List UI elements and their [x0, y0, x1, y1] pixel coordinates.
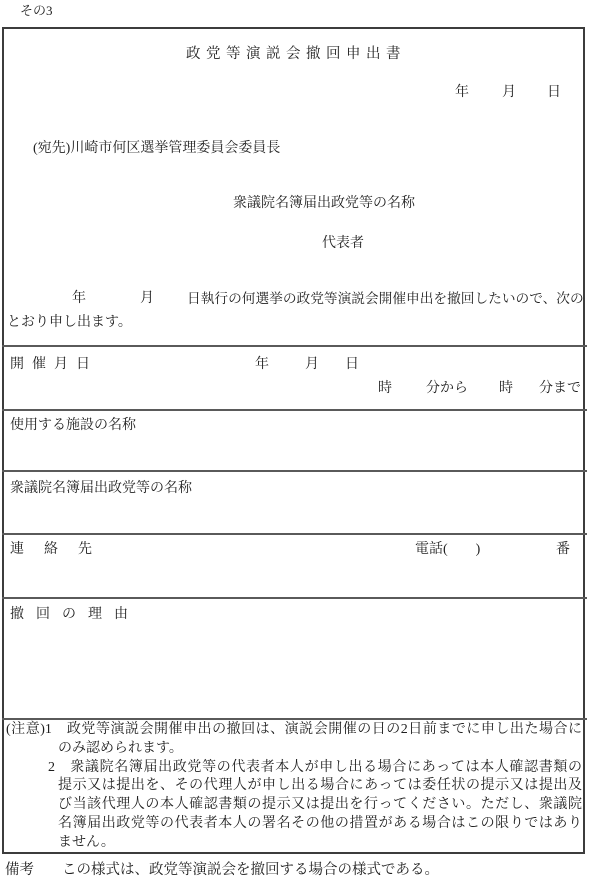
- party-name-heading: 衆議院名簿届出政党等の名称: [233, 196, 415, 213]
- row-label-reason: 撤回の理由: [10, 607, 140, 624]
- form-page: その3 政党等演説会撤回申出書 年 月 日 (宛先)川崎市何区選挙管理委員会委員…: [0, 0, 592, 884]
- footer-note: 備考 この様式は、政党等演説会を撤回する場合の様式である。: [5, 862, 439, 879]
- phone-unit-label: 番: [556, 542, 570, 559]
- note-line: 提示又は提出を、その代理人が申し出る場合にあっては委任状の提示又は提出及: [58, 778, 582, 797]
- addressee: (宛先)川崎市何区選挙管理委員会委員長: [33, 141, 280, 158]
- divider: [2, 470, 587, 472]
- row-label-party: 衆議院名簿届出政党等の名称: [10, 481, 192, 498]
- divider: [2, 409, 587, 411]
- minute-from-label: 分から: [426, 381, 468, 398]
- body-line-1: 日執行の何選挙の政党等演説会開催申出を撤回したいので、次の: [187, 291, 584, 307]
- date-line: 年 月 日: [455, 85, 561, 102]
- form-title: 政党等演説会撤回申出書: [0, 46, 592, 63]
- body-month-label: 月: [140, 291, 154, 308]
- year-label: 年: [255, 357, 269, 374]
- minute-until-label: 分まで: [539, 381, 581, 398]
- row-label-facility: 使用する施設の名称: [10, 418, 136, 435]
- year-label: 年: [455, 85, 469, 102]
- divider: [2, 597, 587, 599]
- month-label: 月: [305, 357, 319, 374]
- page-label: その3: [20, 3, 53, 19]
- note-line: のみ認められます。: [58, 741, 183, 760]
- note-line: 名簿届出政党等の代表者本人の署名その他の措置がある場合はこの限りではあり: [58, 816, 582, 835]
- footer-note-text: この様式は、政党等演説会を撤回する場合の様式である。: [62, 862, 439, 879]
- phone-label: 電話( ): [415, 542, 480, 559]
- divider: [2, 345, 587, 347]
- representative-label: 代表者: [322, 236, 364, 253]
- body-line-2: とおり申し出ます。: [7, 315, 132, 332]
- event-time-fields: 時 分から 時 分まで: [378, 381, 581, 398]
- hour-label: 時: [499, 381, 513, 398]
- row-label-event-date: 開催月日: [10, 357, 98, 374]
- footer-note-label: 備考: [5, 862, 34, 879]
- day-label: 日: [345, 357, 359, 374]
- month-label: 月: [502, 85, 516, 102]
- event-date-fields: 年 月 日: [255, 357, 359, 374]
- divider: [2, 718, 587, 720]
- row-label-contact: 連絡先: [10, 542, 112, 559]
- hour-label: 時: [378, 381, 392, 398]
- note-line: び当該代理人の本人確認書類の提示又は提出を行ってください。ただし、衆議院: [58, 797, 582, 816]
- body-year-label: 年: [72, 291, 86, 308]
- note-line: 2 衆議院名簿届出政党等の代表者本人が申し出る場合にあっては本人確認書類の: [48, 760, 582, 779]
- day-label: 日: [547, 85, 561, 102]
- note-line: ません。: [58, 835, 115, 854]
- note-line: (注意)1 政党等演説会開催申出の撤回は、演説会開催の日の2日前までに申し出た場…: [6, 722, 582, 741]
- divider: [2, 533, 587, 535]
